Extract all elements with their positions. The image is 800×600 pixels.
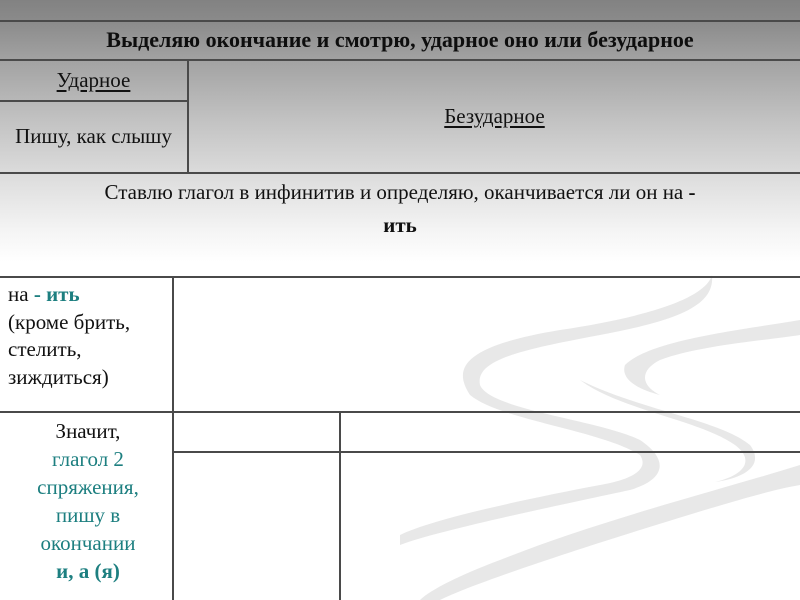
- it-prefix: на: [8, 282, 29, 306]
- header-title-text: Выделяю окончание и смотрю, ударное оно …: [106, 27, 693, 54]
- infinitive-step-cell: Ставлю глагол в инфинитив и определяю, о…: [10, 176, 790, 246]
- conclusion-lead: Значит,: [56, 419, 121, 443]
- stressed-rule-cell: Пишу, как слышу: [10, 102, 177, 172]
- table-border: [339, 411, 341, 600]
- stressed-label-cell: Ударное: [0, 61, 187, 100]
- it-exceptions: (кроме брить, стелить, зиждиться): [8, 310, 130, 389]
- table-border: [0, 411, 800, 413]
- table-border: [0, 276, 800, 278]
- it-dash: -: [34, 282, 41, 306]
- it-ending-cell: на - ить (кроме брить, стелить, зиждитьс…: [8, 281, 170, 409]
- stressed-label: Ударное: [57, 68, 131, 94]
- conclusion-cell: Значит, глагол 2 спряжения, пишу в оконч…: [14, 418, 162, 600]
- table-border: [0, 172, 800, 174]
- header-title: Выделяю окончание и смотрю, ударное оно …: [0, 22, 800, 59]
- conclusion-text: глагол 2 спряжения, пишу в окончании: [37, 447, 139, 555]
- infinitive-step-ending: ить: [383, 213, 417, 237]
- table-border: [172, 451, 800, 453]
- infinitive-step-dash: -: [689, 180, 696, 204]
- infinitive-step-text: Ставлю глагол в инфинитив и определяю, о…: [104, 180, 683, 204]
- stressed-rule: Пишу, как слышу: [15, 124, 172, 150]
- table-border: [172, 276, 174, 600]
- conclusion-content: Значит, глагол 2 спряжения, пишу в оконч…: [14, 418, 162, 586]
- unstressed-label-cell: Безударное: [189, 61, 800, 172]
- it-ending: ить: [46, 282, 80, 306]
- it-ending-content: на - ить (кроме брить, стелить, зиждитьс…: [8, 281, 170, 392]
- infinitive-step: Ставлю глагол в инфинитив и определяю, о…: [104, 176, 695, 241]
- unstressed-label: Безударное: [444, 104, 545, 130]
- conclusion-endings: и, а (я): [56, 559, 120, 583]
